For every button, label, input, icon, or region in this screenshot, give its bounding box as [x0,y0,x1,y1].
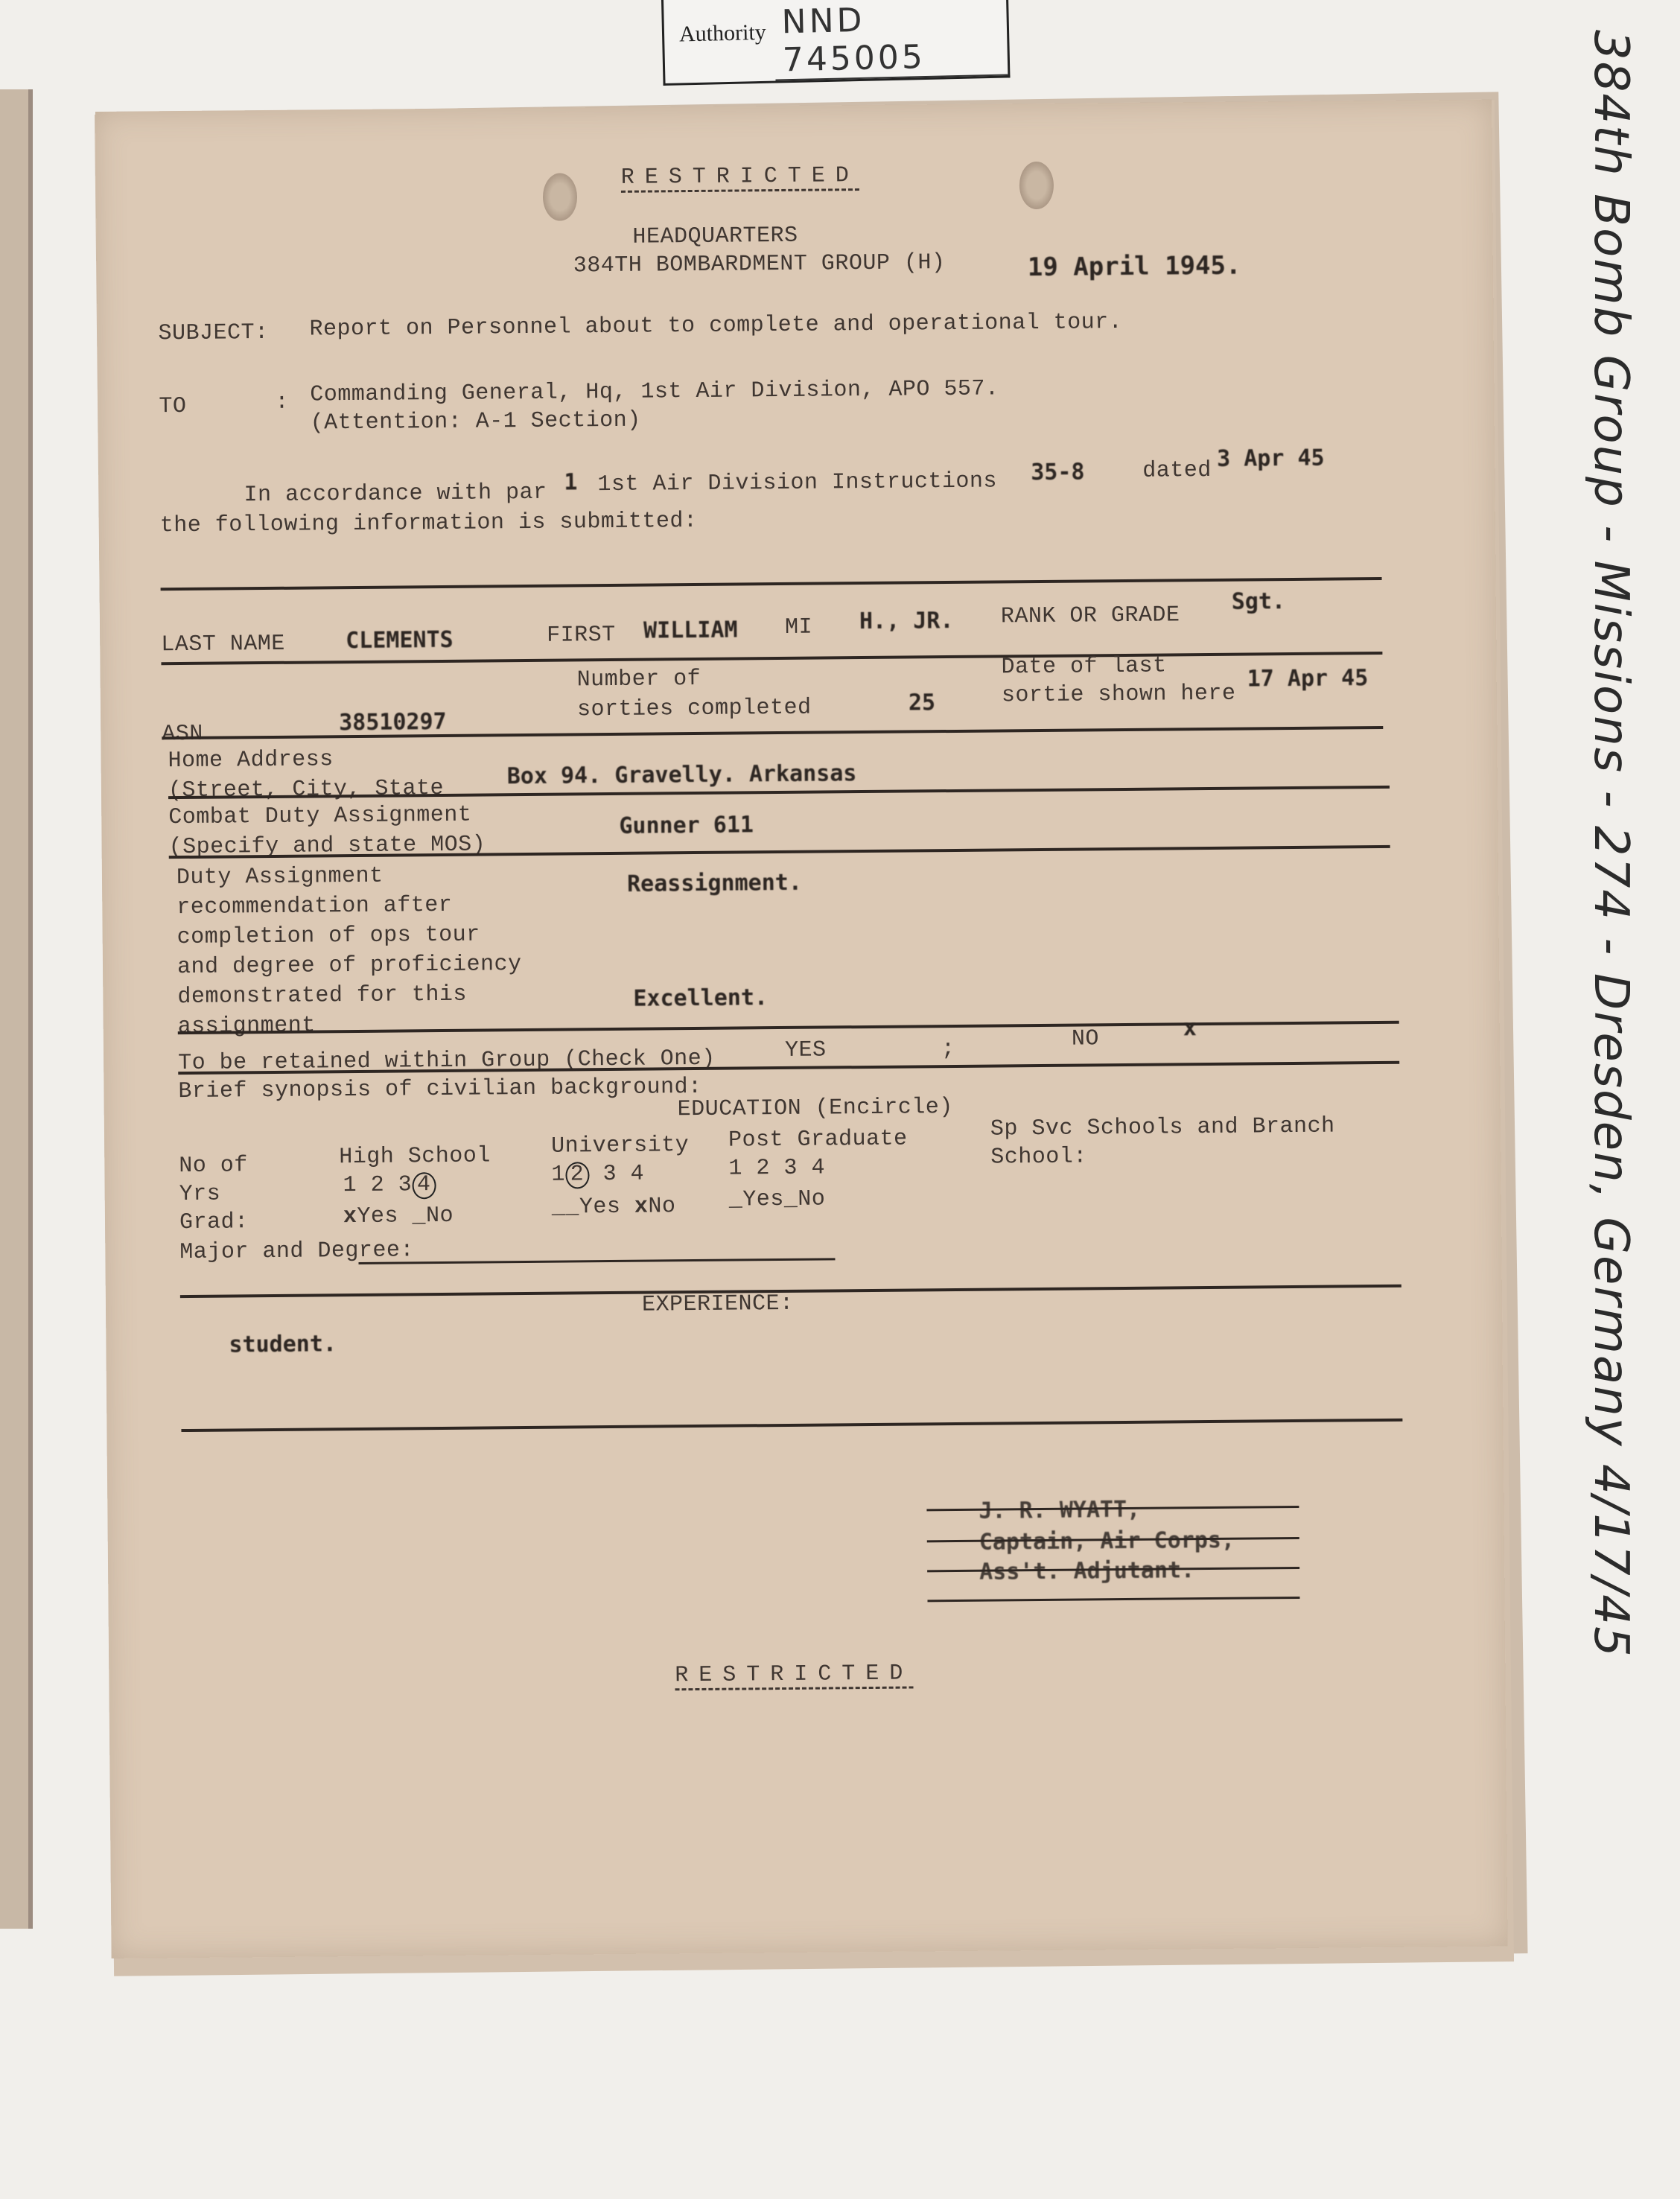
combat-duty-value: Gunner 611 [619,812,754,839]
home-label-2: (Street, City, State [168,776,444,803]
to-line2: (Attention: A-1 Section) [311,408,641,436]
last-sortie-label-1: Date of last [1001,653,1166,680]
first-name-value: WILLIAM [643,617,738,644]
circled-year: 2 [565,1162,589,1188]
intro-text-b: 1st Air Division Instructions [597,468,997,497]
major-degree-line [358,1258,835,1264]
edu-postgrad-years: 1 2 3 4 [728,1156,825,1182]
duty-assignment-label: Duty Assignment recommendation after com… [176,860,523,1042]
to-colon: : [275,390,289,416]
asn-value: 38510297 [339,709,447,736]
classification-bottom: RESTRICTED [675,1661,913,1688]
intro-dated: 3 Apr 45 [1217,445,1325,472]
last-sortie-label-2: sortie shown here [1002,681,1236,709]
form-rule [161,652,1382,665]
edu-high-school-years: 1 2 34 [343,1172,436,1200]
signature-rule [927,1597,1299,1602]
intro-text-a: In accordance with par [244,480,547,509]
edu-postgrad-label: Post Graduate [728,1127,908,1153]
punch-hole [543,173,578,220]
adjacent-page-edge-shadow [0,89,33,1929]
combat-label-1: Combat Duty Assignment [168,803,471,831]
edu-row-label-noof: No of [179,1153,248,1179]
proficiency-value: Excellent. [633,984,768,1012]
signature-name: J. R. WYATT, [979,1497,1140,1524]
to-line1: Commanding General, Hq, 1st Air Division… [310,376,999,407]
document-page: RESTRICTED HEADQUARTERS 384TH BOMBARDMEN… [95,100,1508,1958]
sp-svc-label-1: Sp Svc Schools and Branch [990,1114,1335,1142]
sorties-label-2: sorties completed [577,696,812,723]
retain-no-option: NO [1072,1026,1099,1051]
last-name-value: CLEMENTS [346,627,454,654]
last-sortie-value: 17 Apr 45 [1247,665,1369,692]
signature-title: Ass't. Adjutant. [979,1557,1194,1585]
retain-separator: ; [941,1037,955,1062]
edu-university-grad: __Yes xNo [552,1194,676,1220]
edu-row-label-yrs: Yrs [179,1182,221,1207]
subject-text: Report on Personnel about to complete an… [309,310,1122,343]
rank-value: Sgt. [1232,588,1286,615]
circled-year: 4 [412,1172,436,1199]
home-label-1: Home Address [168,747,333,774]
edu-university-years: 12 3 4 [551,1162,644,1189]
intro-par: 1 [564,469,577,495]
education-title: EDUCATION (Encircle) [678,1095,953,1122]
home-address-value: Box 94. Gravelly. Arkansas [507,760,857,789]
sorties-label-1: Number of [577,666,701,693]
sorties-value: 25 [909,690,935,716]
major-degree-label: Major and Degree: [179,1238,414,1265]
rank-label: RANK OR GRADE [1001,602,1180,629]
mi-value: H., JR. [859,608,954,634]
experience-value: student. [229,1331,337,1358]
header-line2: 384TH BOMBARDMENT GROUP (H) [573,250,946,279]
edu-row-label-grad: Grad: [179,1209,249,1235]
signature-rank: Captain, Air Corps, [979,1527,1235,1556]
authority-label: Authority [679,20,766,48]
edu-postgrad-grad: _Yes_No [729,1187,826,1213]
to-label: TO [159,394,186,419]
sp-svc-label-2: School: [990,1144,1087,1170]
intro-instr: 35-8 [1031,459,1085,486]
punch-hole [1019,162,1054,209]
duty-recommendation-value: Reassignment. [627,870,802,897]
asn-label: ASN [162,722,203,747]
edu-high-school-grad: xYes _No [343,1203,454,1229]
classification-top: RESTRICTED [621,163,859,191]
mi-label: MI [785,615,812,640]
subject-label: SUBJECT: [158,320,268,346]
first-name-label: FIRST [547,623,616,649]
edu-university-label: University [551,1133,689,1159]
intro-text-c: dated [1142,458,1212,484]
form-rule [181,1419,1402,1432]
synopsis-label: Brief synopsis of civilian background: [178,1075,701,1104]
authority-value: NND 745005 [774,0,1008,81]
handwritten-margin-note: 384th Bomb Group - Missions - 274 - Dres… [1583,30,1638,1658]
intro-line2: the following information is submitted: [160,509,698,538]
document-date: 19 April 1945. [1028,251,1241,282]
edu-high-school-label: High School [339,1143,491,1170]
authority-box: Authority NND 745005 [661,0,1010,86]
form-rule [161,577,1382,591]
header-line1: HEADQUARTERS [632,223,798,250]
last-name-label: LAST NAME [161,631,285,658]
experience-label: EXPERIENCE: [642,1291,794,1318]
retain-yes-option: YES [785,1037,827,1063]
retain-check-mark: x [1183,1015,1197,1041]
